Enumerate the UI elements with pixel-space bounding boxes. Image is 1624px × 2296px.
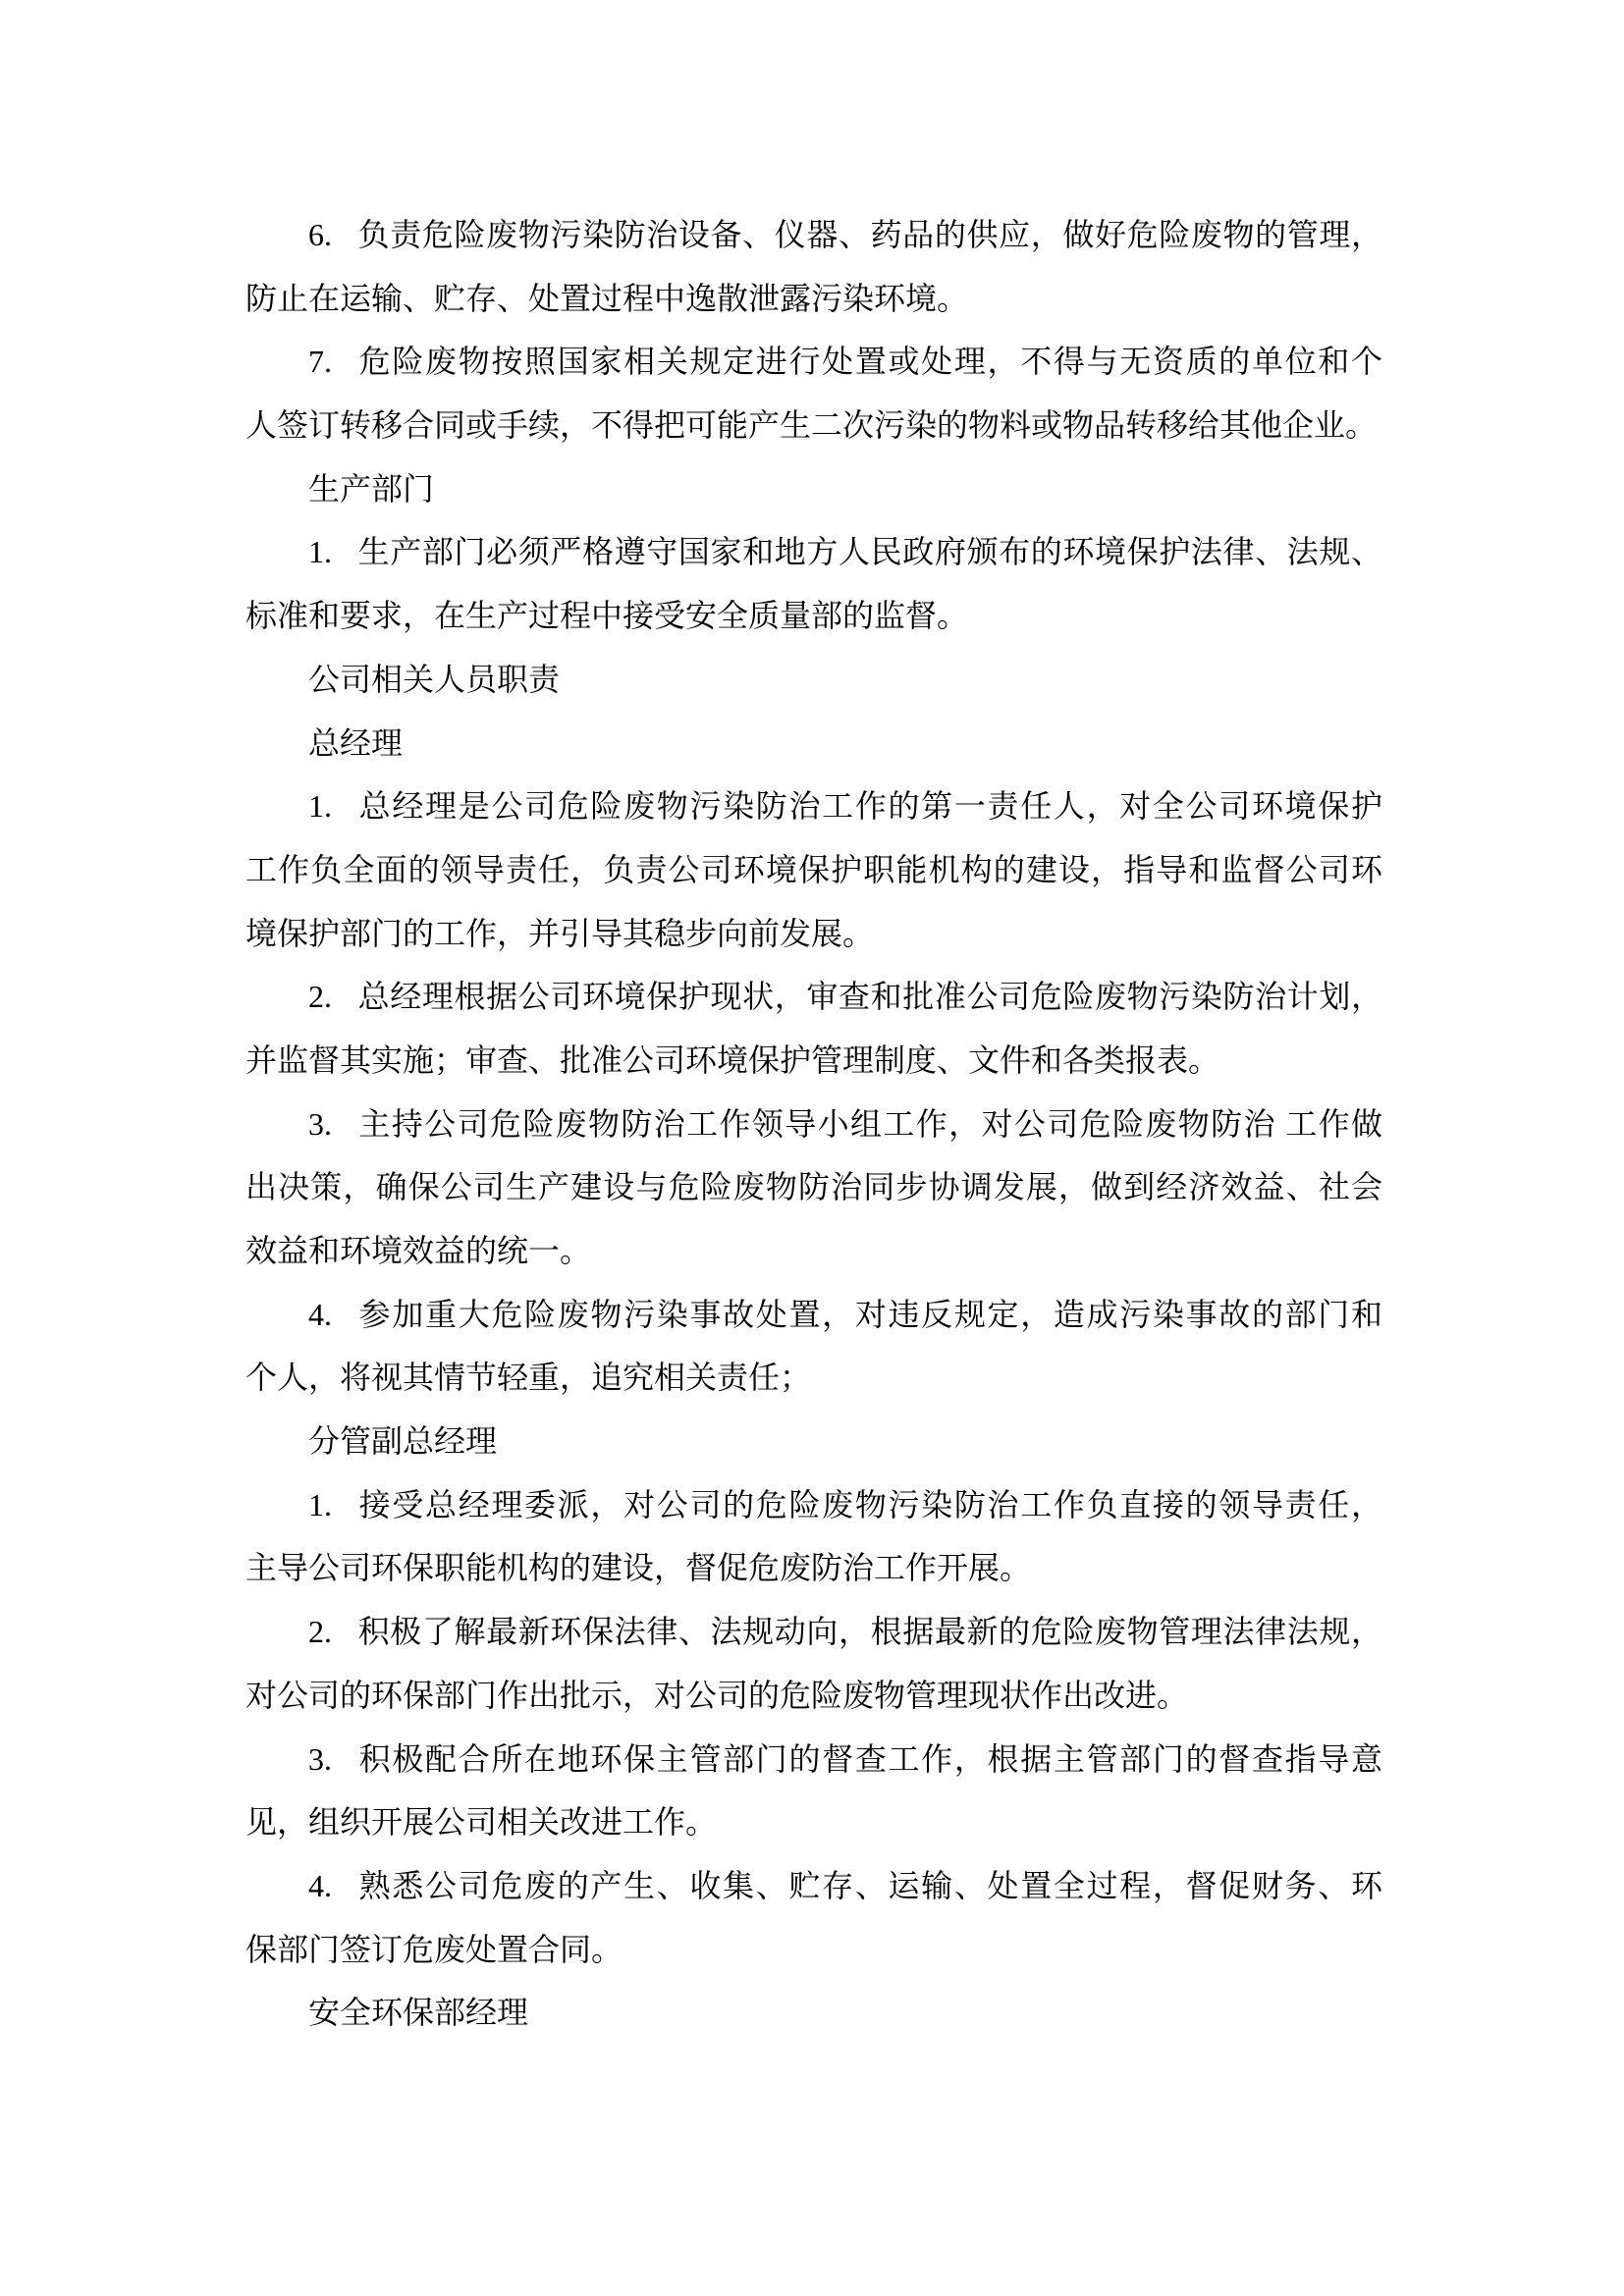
list-number: 6. bbox=[308, 217, 332, 252]
line-text: 效益和环境效益的统一。 bbox=[245, 1233, 591, 1268]
line-text: 安全环保部经理 bbox=[308, 1995, 528, 2030]
text-line: 个人，将视其情节轻重，追究相关责任； bbox=[245, 1346, 1382, 1410]
line-text: 熟悉公司危废的产生、收集、贮存、运输、处置全过程，督促财务、环 bbox=[357, 1868, 1382, 1903]
line-text: 公司相关人员职责 bbox=[308, 662, 560, 697]
list-number: 1. bbox=[308, 788, 332, 824]
list-number: 3. bbox=[308, 1741, 332, 1777]
list-number: 4. bbox=[308, 1868, 332, 1903]
list-number: 2. bbox=[308, 1614, 332, 1649]
text-line: 见，组织开展公司相关改进工作。 bbox=[245, 1790, 1382, 1854]
numbered-line: 6.负责危险废物污染防治设备、仪器、药品的供应，做好危险废物的管理， bbox=[245, 203, 1382, 267]
line-text: 接受总经理委派，对公司的危险废物污染防治工作负直接的领导责任， bbox=[357, 1487, 1382, 1522]
text-line: 标准和要求，在生产过程中接受安全质量部的监督。 bbox=[245, 584, 1382, 648]
section-heading: 总经理 bbox=[245, 712, 1382, 775]
text-line: 工作负全面的领导责任，负责公司环境保护职能机构的建设，指导和监督公司环 bbox=[245, 838, 1382, 902]
text-line: 并监督其实施；审查、批准公司环境保护管理制度、文件和各类报表。 bbox=[245, 1029, 1382, 1093]
line-text: 危险废物按照国家相关规定进行处置或处理，不得与无资质的单位和个 bbox=[357, 344, 1382, 379]
numbered-line: 1.生产部门必须严格遵守国家和地方人民政府颁布的环境保护法律、法规、 bbox=[245, 520, 1382, 584]
line-text: 并监督其实施；审查、批准公司环境保护管理制度、文件和各类报表。 bbox=[245, 1042, 1219, 1078]
line-text: 负责危险废物污染防治设备、仪器、药品的供应，做好危险废物的管理， bbox=[357, 217, 1382, 252]
list-number: 1. bbox=[308, 534, 332, 569]
line-text: 见，组织开展公司相关改进工作。 bbox=[245, 1804, 717, 1840]
numbered-line: 7.危险废物按照国家相关规定进行处置或处理，不得与无资质的单位和个 bbox=[245, 330, 1382, 394]
text-line: 对公司的环保部门作出批示，对公司的危险废物管理现状作出改进。 bbox=[245, 1664, 1382, 1728]
list-number: 2. bbox=[308, 979, 332, 1014]
text-line: 人签订转移合同或手续，不得把可能产生二次污染的物料或物品转移给其他企业。 bbox=[245, 394, 1382, 457]
text-line: 保部门签订危废处置合同。 bbox=[245, 1918, 1382, 1982]
numbered-line: 1.总经理是公司危险废物污染防治工作的第一责任人，对全公司环境保护 bbox=[245, 774, 1382, 838]
text-line: 主导公司环保职能机构的建设，督促危废防治工作开展。 bbox=[245, 1536, 1382, 1600]
line-text: 防止在运输、贮存、处置过程中逸散泄露污染环境。 bbox=[245, 281, 968, 316]
line-text: 积极了解最新环保法律、法规动向，根据最新的危险废物管理法律法规， bbox=[357, 1614, 1382, 1649]
line-text: 主持公司危险废物防治工作领导小组工作，对公司危险废物防治 工作做 bbox=[357, 1106, 1382, 1142]
line-text: 总经理是公司危险废物污染防治工作的第一责任人，对全公司环境保护 bbox=[357, 788, 1382, 824]
numbered-line: 3.主持公司危险废物防治工作领导小组工作，对公司危险废物防治 工作做 bbox=[245, 1093, 1382, 1156]
section-heading: 安全环保部经理 bbox=[245, 1981, 1382, 2045]
list-number: 1. bbox=[308, 1487, 332, 1522]
text-line: 境保护部门的工作，并引导其稳步向前发展。 bbox=[245, 902, 1382, 966]
line-text: 主导公司环保职能机构的建设，督促危废防治工作开展。 bbox=[245, 1550, 1031, 1585]
numbered-line: 1.接受总经理委派，对公司的危险废物污染防治工作负直接的领导责任， bbox=[245, 1473, 1382, 1537]
line-text: 人签订转移合同或手续，不得把可能产生二次污染的物料或物品转移给其他企业。 bbox=[245, 407, 1377, 443]
line-text: 分管副总经理 bbox=[308, 1423, 497, 1459]
numbered-line: 4.熟悉公司危废的产生、收集、贮存、运输、处置全过程，督促财务、环 bbox=[245, 1854, 1382, 1918]
list-number: 4. bbox=[308, 1297, 332, 1332]
line-text: 保部门签订危废处置合同。 bbox=[245, 1932, 623, 1967]
document-text-block: 6.负责危险废物污染防治设备、仪器、药品的供应，做好危险废物的管理，防止在运输、… bbox=[245, 203, 1382, 2045]
line-text: 对公司的环保部门作出批示，对公司的危险废物管理现状作出改进。 bbox=[245, 1678, 1188, 1713]
line-text: 标准和要求，在生产过程中接受安全质量部的监督。 bbox=[245, 598, 968, 633]
text-line: 效益和环境效益的统一。 bbox=[245, 1219, 1382, 1283]
section-heading: 公司相关人员职责 bbox=[245, 648, 1382, 712]
text-line: 出决策，确保公司生产建设与危险废物防治同步协调发展，做到经济效益、社会 bbox=[245, 1155, 1382, 1219]
section-heading: 分管副总经理 bbox=[245, 1410, 1382, 1473]
document-page: 6.负责危险废物污染防治设备、仪器、药品的供应，做好危险废物的管理，防止在运输、… bbox=[0, 0, 1624, 2296]
numbered-line: 2.积极了解最新环保法律、法规动向，根据最新的危险废物管理法律法规， bbox=[245, 1600, 1382, 1664]
numbered-line: 4.参加重大危险废物污染事故处置，对违反规定，造成污染事故的部门和 bbox=[245, 1283, 1382, 1347]
line-text: 境保护部门的工作，并引导其稳步向前发展。 bbox=[245, 916, 874, 951]
list-number: 7. bbox=[308, 344, 332, 379]
line-text: 生产部门必须严格遵守国家和地方人民政府颁布的环境保护法律、法规、 bbox=[357, 534, 1382, 569]
text-line: 防止在运输、贮存、处置过程中逸散泄露污染环境。 bbox=[245, 267, 1382, 331]
section-heading: 生产部门 bbox=[245, 457, 1382, 521]
line-text: 积极配合所在地环保主管部门的督查工作，根据主管部门的督查指导意 bbox=[357, 1741, 1382, 1777]
line-text: 工作负全面的领导责任，负责公司环境保护职能机构的建设，指导和监督公司环 bbox=[245, 852, 1382, 887]
line-text: 总经理 bbox=[308, 725, 403, 761]
line-text: 生产部门 bbox=[308, 471, 434, 507]
line-text: 总经理根据公司环境保护现状，审查和批准公司危险废物污染防治计划， bbox=[357, 979, 1382, 1014]
line-text: 参加重大危险废物污染事故处置，对违反规定，造成污染事故的部门和 bbox=[357, 1297, 1382, 1332]
numbered-line: 3.积极配合所在地环保主管部门的督查工作，根据主管部门的督查指导意 bbox=[245, 1728, 1382, 1791]
list-number: 3. bbox=[308, 1106, 332, 1142]
line-text: 出决策，确保公司生产建设与危险废物防治同步协调发展，做到经济效益、社会 bbox=[245, 1169, 1382, 1204]
numbered-line: 2.总经理根据公司环境保护现状，审查和批准公司危险废物污染防治计划， bbox=[245, 965, 1382, 1029]
line-text: 个人，将视其情节轻重，追究相关责任； bbox=[245, 1360, 811, 1395]
